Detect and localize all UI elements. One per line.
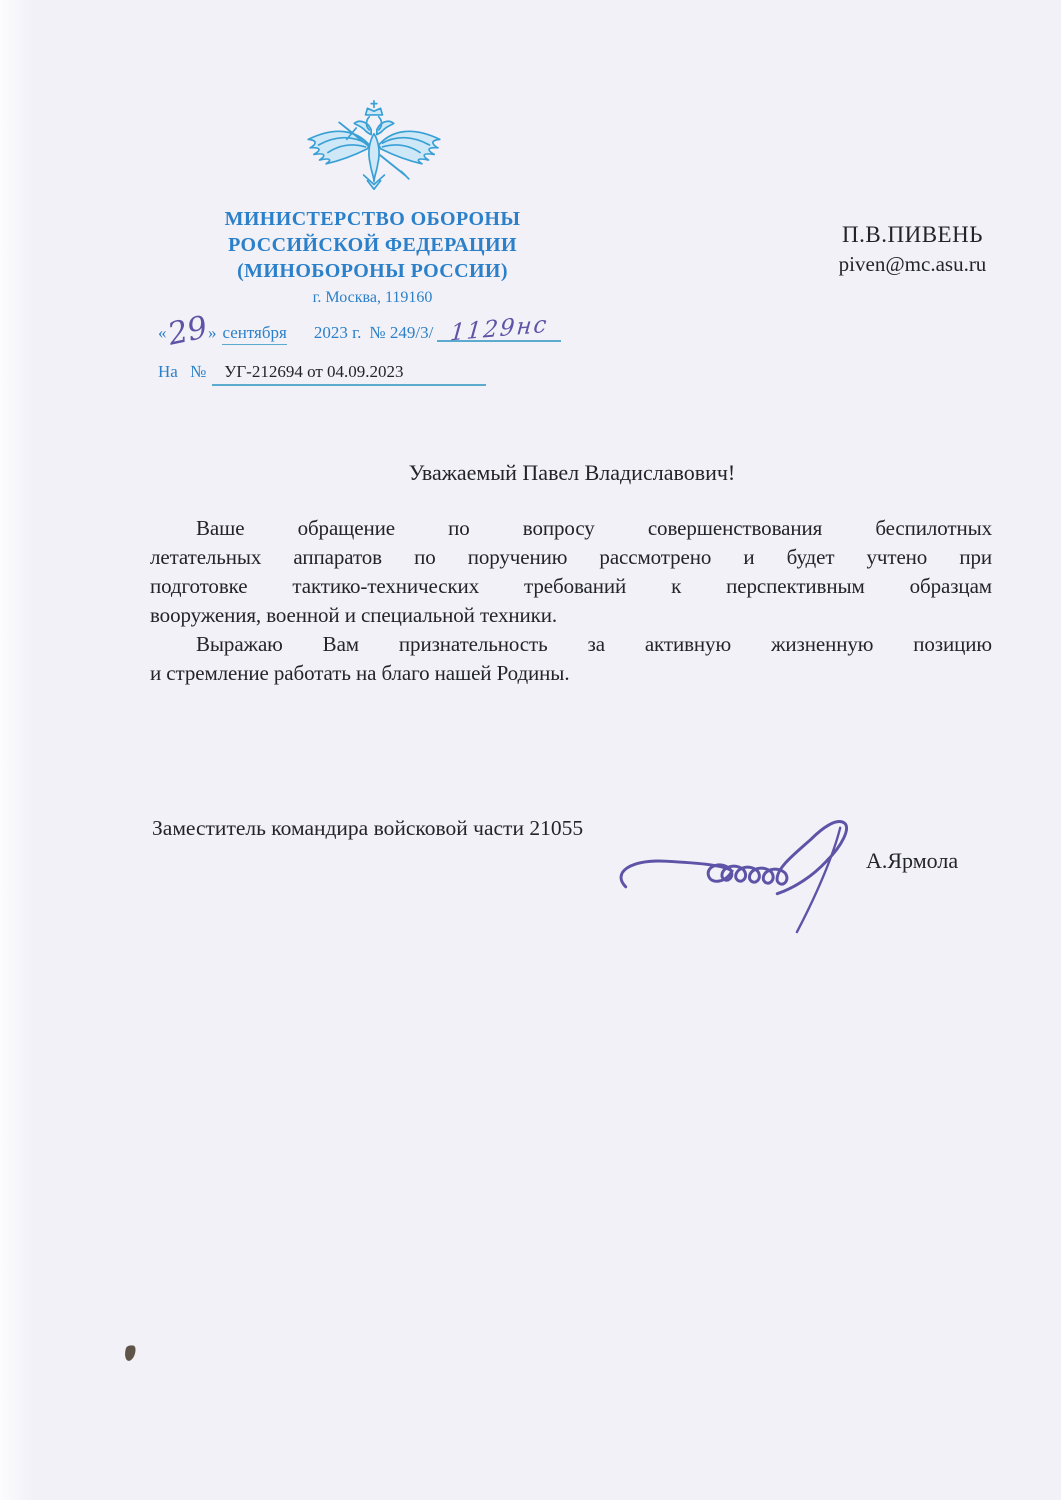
reply-value: УГ-212694 от 04.09.2023 (212, 362, 486, 386)
handwritten-signature (608, 808, 913, 940)
org-address: г. Москва, 119160 (150, 289, 595, 307)
scanned-letter-page: МИНИСТЕРСТВО ОБОРОНЫ РОССИЙСКОЙ ФЕДЕРАЦИ… (0, 0, 1061, 1500)
letter-body: Ваше обращение по вопросу совершенствова… (150, 514, 992, 688)
recipient-name: П.В.ПИВЕНЬ (810, 222, 1015, 248)
signer-name: А.Ярмола (866, 848, 958, 874)
body-line: подготовке тактико-технических требовани… (150, 572, 992, 601)
handwritten-day: 29 (167, 322, 208, 340)
month-label: сентября (222, 323, 286, 345)
outgoing-number-prefix: № 249/3/ (369, 323, 433, 343)
recipient-block: П.В.ПИВЕНЬ piven@mc.asu.ru (810, 222, 1015, 277)
salutation: Уважаемый Павел Владиславович! (152, 460, 992, 486)
handwritten-outgoing-number: 1129нс (449, 312, 550, 347)
scan-edge-highlight (0, 0, 34, 1500)
date-reference-line: « 29 » сентября 2023 г. № 249/3/ 1129нс (158, 318, 561, 345)
body-line: вооружения, военной и специальной техник… (150, 601, 992, 630)
reply-label: На № (158, 362, 206, 382)
body-line: Выражаю Вам признательность за активную … (150, 630, 992, 659)
org-line-1: МИНИСТЕРСТВО ОБОРОНЫ (150, 206, 595, 232)
body-line: летательных аппаратов по поручению рассм… (150, 543, 992, 572)
body-line: Ваше обращение по вопросу совершенствова… (150, 514, 992, 543)
outgoing-number-underline: 1129нс (437, 318, 561, 342)
org-name-block: МИНИСТЕРСТВО ОБОРОНЫ РОССИЙСКОЙ ФЕДЕРАЦИ… (150, 206, 595, 284)
year-label: 2023 г. (314, 323, 362, 343)
org-line-3: (МИНОБОРОНЫ РОССИИ) (150, 258, 595, 284)
signer-title: Заместитель командира войсковой части 21… (152, 816, 583, 841)
double-headed-eagle-emblem (303, 98, 445, 192)
ink-speck-artifact (123, 1344, 136, 1362)
recipient-email: piven@mc.asu.ru (810, 252, 1015, 277)
quote-open: « (158, 323, 167, 343)
reply-reference-line: На № УГ-212694 от 04.09.2023 (158, 362, 486, 386)
body-line: и стремление работать на благо нашей Род… (150, 659, 992, 688)
org-line-2: РОССИЙСКОЙ ФЕДЕРАЦИИ (150, 232, 595, 258)
